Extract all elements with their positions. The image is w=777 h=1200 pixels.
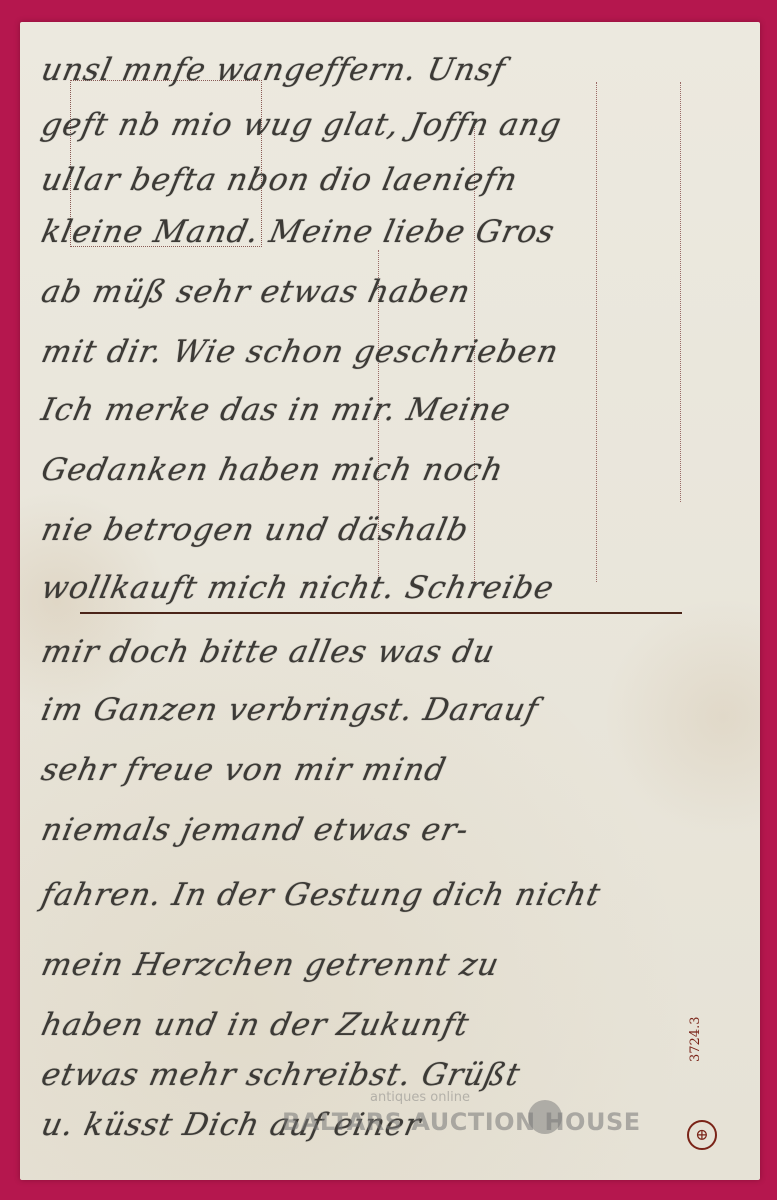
handwriting-line: Ich merke das in mir. Meine — [38, 392, 514, 428]
handwriting-line: geft nb mio wug glat, Joffn ang — [38, 107, 565, 143]
handwriting-line: im Ganzen verbringst. Darauf — [38, 692, 542, 728]
dotted-guide-line — [596, 82, 597, 582]
handwriting-line: ullar befta nbon dio laeniefn — [38, 162, 521, 198]
handwriting-line: sehr freue von mir mind — [38, 752, 449, 788]
divider-line — [80, 612, 682, 614]
handwriting-line: kleine Mand. Meine liebe Gros — [38, 214, 558, 250]
dotted-guide-line — [680, 82, 681, 502]
handwriting-line: mein Herzchen getrennt zu — [38, 947, 503, 983]
handwriting-line: Gedanken haben mich noch — [38, 452, 507, 488]
handwriting-line: niemals jemand etwas er- — [38, 812, 472, 848]
publisher-number: 3724.3 — [688, 1017, 703, 1063]
handwriting-line: wollkauft mich nicht. Schreibe — [38, 570, 557, 606]
handwriting-line: mit dir. Wie schon geschrieben — [38, 334, 562, 370]
handwriting-line: mir doch bitte alles was du — [38, 634, 498, 670]
handwriting-line: haben und in der Zukunft — [38, 1007, 472, 1043]
watermark: BALTARS AUCTION HOUSE — [282, 1108, 641, 1136]
handwriting-line: fahren. In der Gestung dich nicht — [38, 877, 604, 913]
postcard-back: unsl mnfe wangeffern. Unsf geft nb mio w… — [20, 22, 760, 1180]
handwriting-line: ab müß sehr etwas haben — [38, 274, 474, 310]
handwriting-line: nie betrogen und däshalb — [38, 512, 472, 548]
publisher-logo-icon: ⊕ — [687, 1120, 717, 1150]
handwriting-line: unsl mnfe wangeffern. Unsf — [38, 52, 509, 88]
watermark-subtitle: antiques online — [370, 1090, 470, 1105]
handwriting-line: etwas mehr schreibst. Grüßt — [38, 1057, 524, 1093]
